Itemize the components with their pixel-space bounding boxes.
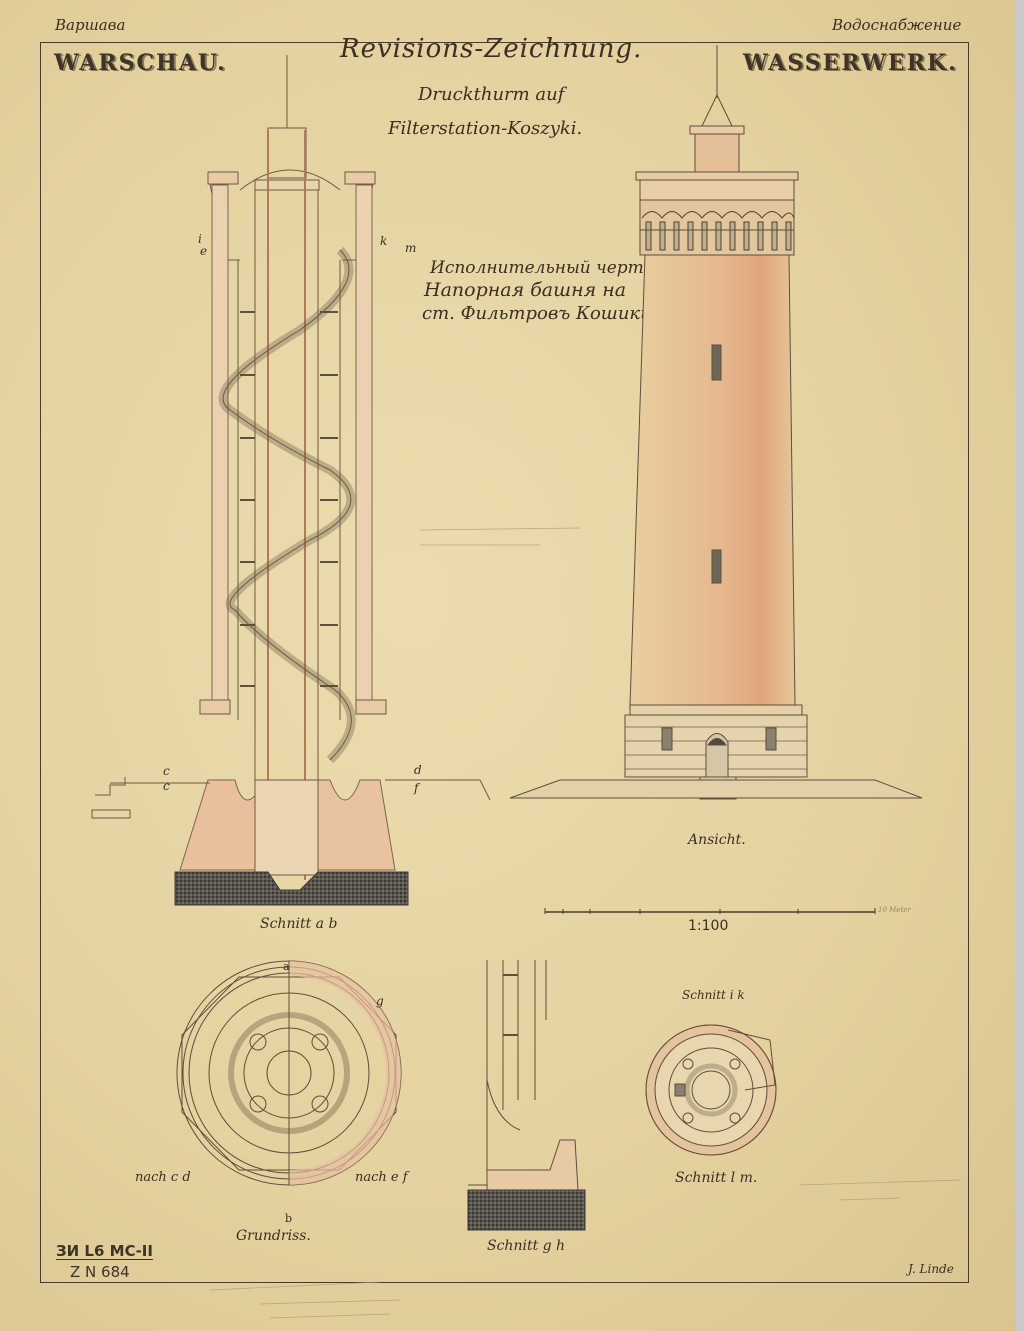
archive-stamp-line1: ЗИ L6 МС-II (56, 1243, 153, 1260)
caption-section-lm: Schnitt l m. (675, 1170, 757, 1186)
marker-c: c (163, 764, 170, 778)
tower-elevation-drawing (510, 45, 922, 799)
drawing-canvas: i e k m c c d f (0, 0, 1024, 1331)
scale-end-label: 10 Meter (878, 906, 911, 914)
caption-floor-plan: Grundriss. (236, 1228, 311, 1244)
marker-e: e (200, 244, 207, 258)
floor-plan-drawing (177, 961, 401, 1185)
marker-d: d (414, 763, 422, 777)
scale-bar (545, 908, 875, 914)
section-ab-drawing (92, 55, 490, 905)
plan-marker-b: b (285, 1212, 292, 1225)
archive-stamp-line2: Z N 684 (70, 1264, 130, 1280)
marker-c2: c (163, 779, 170, 793)
scale-label: 1:100 (688, 918, 728, 934)
section-gh-drawing (468, 960, 585, 1230)
plan-label-left: nach c d (135, 1170, 191, 1185)
plan-marker-a: a (283, 960, 290, 973)
marker-m: m (405, 241, 416, 255)
plan-marker-g: g (376, 994, 384, 1008)
plan-label-right: nach e f (355, 1170, 408, 1185)
signature: J. Linde (908, 1262, 954, 1276)
caption-section-ik: Schnitt i k (682, 988, 745, 1002)
section-lm-plan-drawing (646, 1025, 776, 1155)
caption-section-gh: Schnitt g h (487, 1238, 565, 1254)
marker-f: f (413, 781, 421, 795)
marker-k: k (380, 234, 387, 248)
caption-section-ab: Schnitt a b (260, 916, 337, 932)
caption-elevation: Ansicht. (688, 832, 746, 848)
